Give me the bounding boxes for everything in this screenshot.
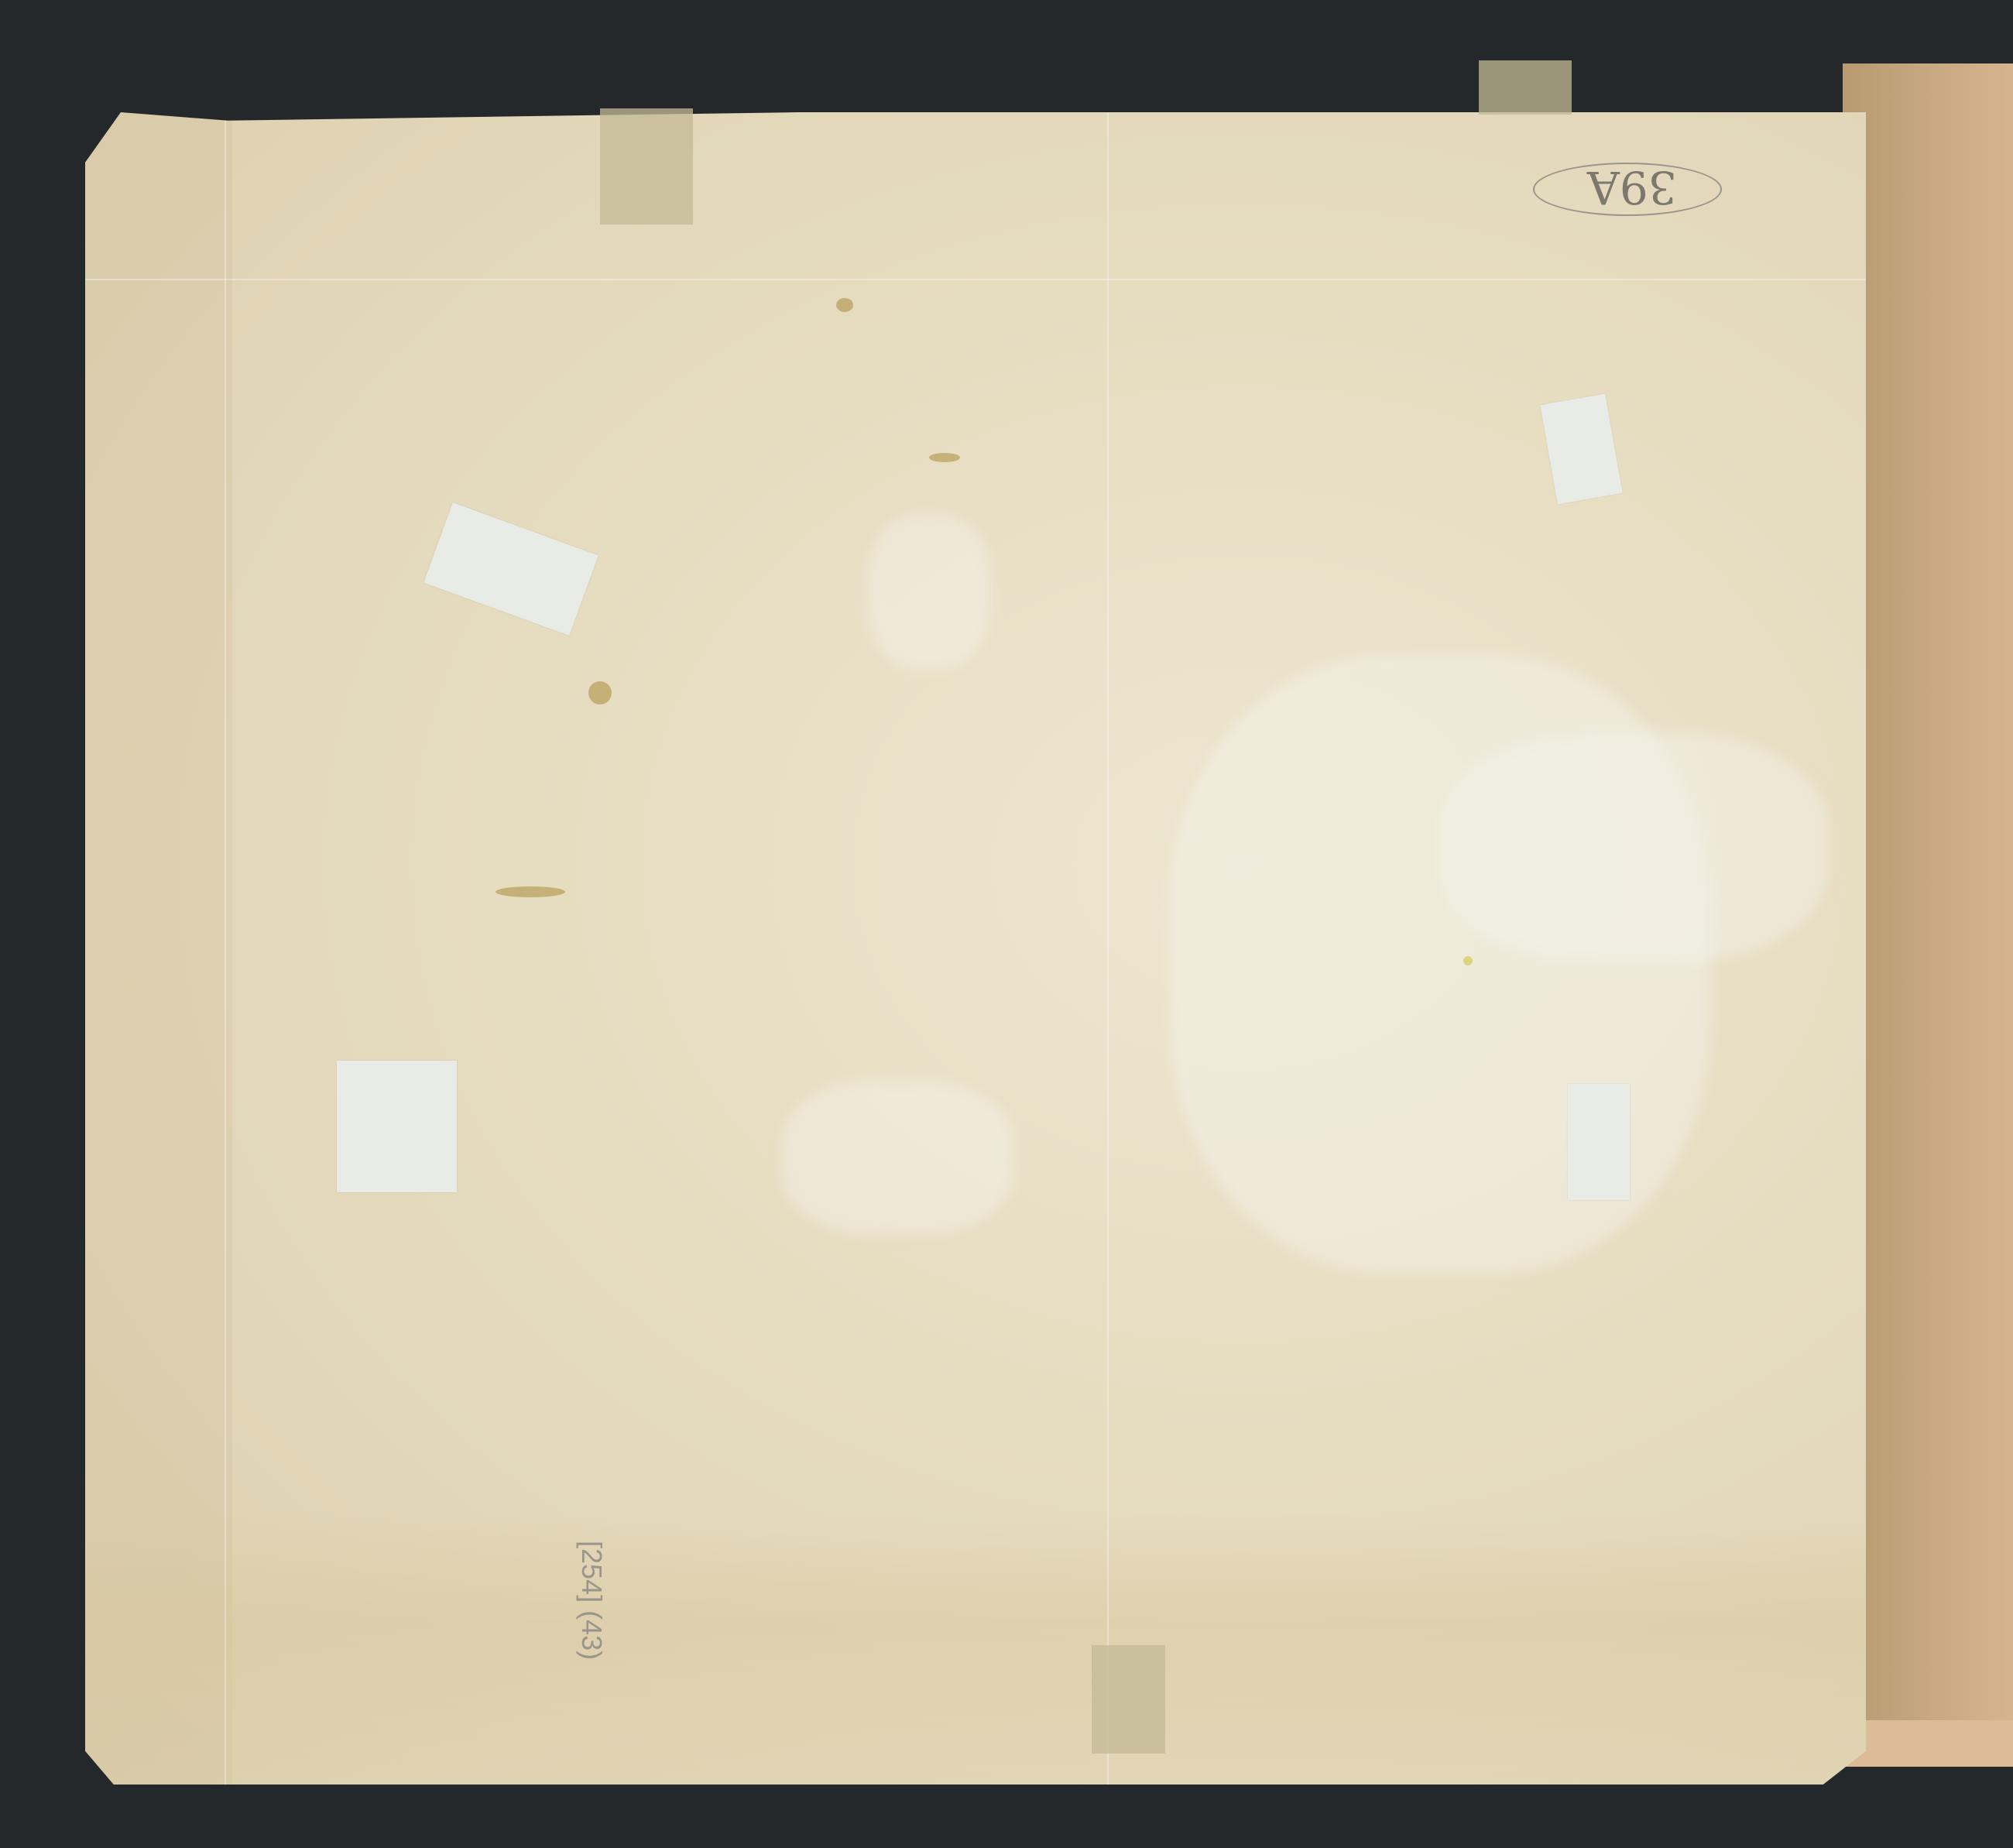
stain [1463,956,1473,965]
margin-fold [225,112,226,1785]
circled-number: 39A [1587,161,1677,214]
paper-remnant [1568,1084,1630,1200]
faded-area [782,1080,1014,1235]
pencil-note: [254] (43) [575,1541,608,1660]
tape-strip [1479,60,1572,115]
faded-area [1440,732,1827,964]
bottom-shade [85,1514,1866,1785]
paper-sheet [85,112,1866,1785]
faded-area [867,515,991,670]
stain [836,298,853,312]
backing-sheet [1843,63,2013,1767]
paper-remnant [337,1061,457,1192]
tape-strip [1092,1645,1165,1754]
horizontal-fold [85,279,1866,280]
backing-sheet-edge [1843,1720,2013,1767]
stain [929,453,960,462]
vertical-fold [1107,112,1109,1785]
stain [496,886,565,897]
tape-strip [600,108,693,225]
stain [588,681,612,705]
